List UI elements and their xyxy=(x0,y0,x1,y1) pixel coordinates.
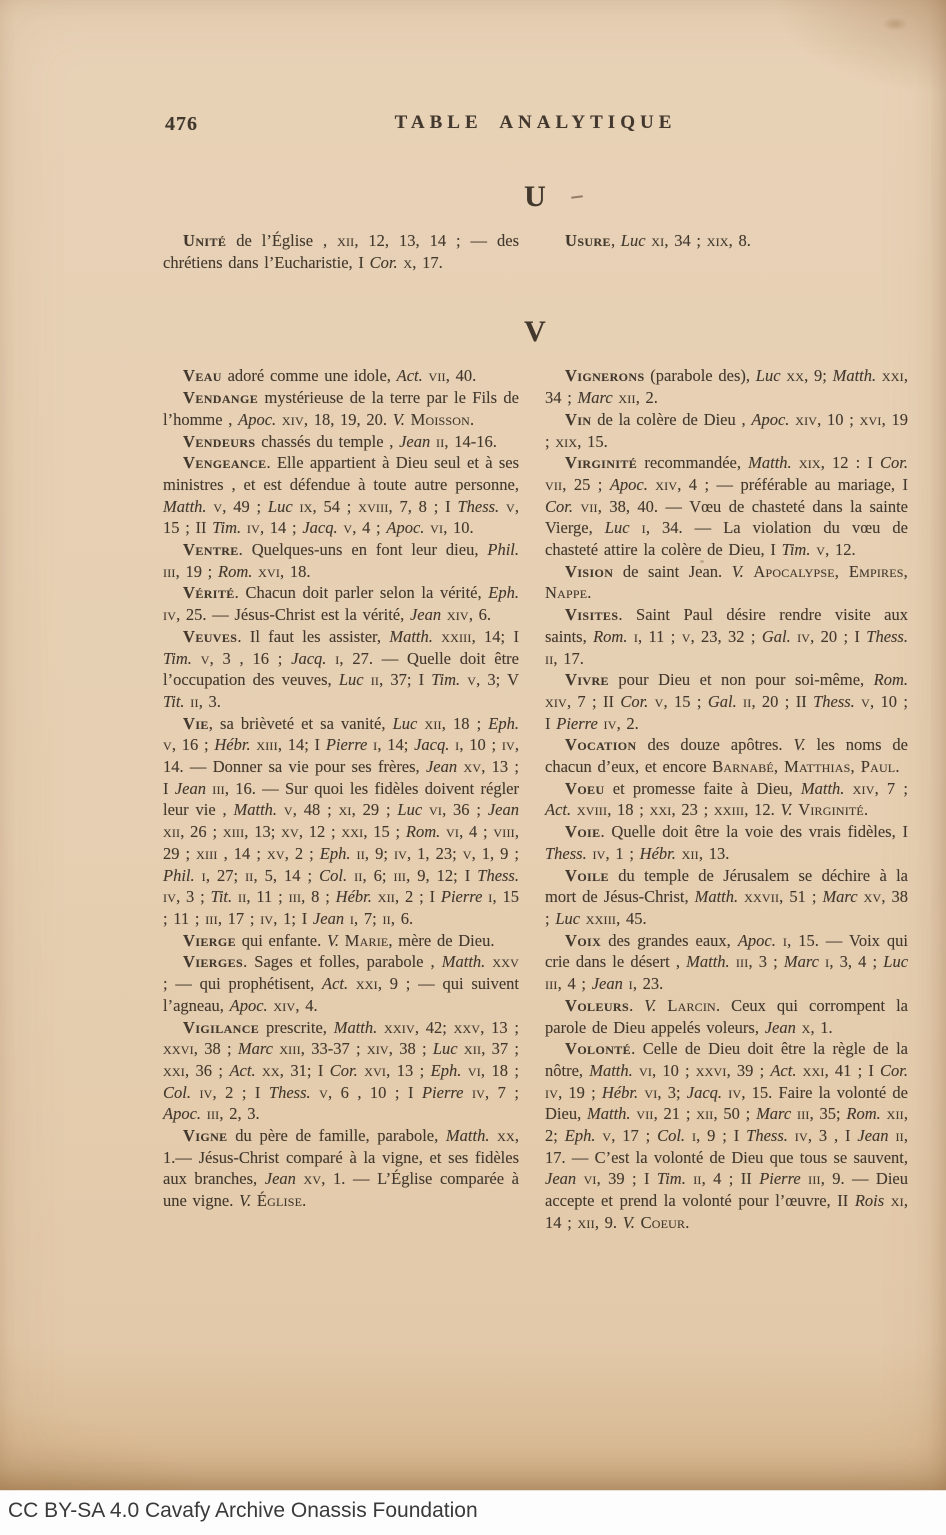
entry-text: , xyxy=(611,231,621,250)
italic-ref: Apoc. xyxy=(238,410,276,429)
entry-text xyxy=(296,1169,304,1188)
entry-text: , 13; xyxy=(244,822,281,841)
smallcaps-text: iv xyxy=(163,605,176,624)
index-entry: Vengeance. Elle appartient à Dieu seul e… xyxy=(163,452,519,539)
italic-ref: Tit. xyxy=(163,692,185,711)
smallcaps-text: xii xyxy=(682,844,699,863)
entry-text xyxy=(364,670,371,689)
entry-text: , 3 ; xyxy=(748,952,783,971)
entry-headword: Vivre xyxy=(565,670,609,689)
italic-ref: Gal. xyxy=(762,627,791,646)
italic-ref: V. xyxy=(793,735,805,754)
smallcaps-text: v xyxy=(655,692,664,711)
index-entry: Voleurs. V. Larcin. Ceux qui corrompent … xyxy=(545,995,908,1038)
italic-ref: Matth. xyxy=(695,887,739,906)
italic-ref: Jacq. xyxy=(414,735,449,754)
index-entry: Voix des grandes eaux, Apoc. i, 15. — Vo… xyxy=(545,930,908,995)
smallcaps-text: ii xyxy=(354,866,362,885)
index-entry: Vierge qui enfante. V. Marie, mère de Di… xyxy=(163,930,519,952)
italic-ref: Thess. xyxy=(813,692,855,711)
smallcaps-text: iii xyxy=(289,887,302,906)
smallcaps-text: xx xyxy=(497,1126,515,1145)
entry-text: , 8 ; xyxy=(301,887,336,906)
smallcaps-text: ii xyxy=(371,670,379,689)
smallcaps-text: xxiii xyxy=(714,800,744,819)
smallcaps-text: xii xyxy=(578,1213,595,1232)
smallcaps-text: ii xyxy=(693,1169,701,1188)
smallcaps-text: xiv xyxy=(273,996,295,1015)
italic-ref: Luc xyxy=(339,670,364,689)
smallcaps-text: xi xyxy=(339,800,352,819)
entry-text: , 1; I xyxy=(273,909,313,928)
italic-ref: Tim. xyxy=(163,649,192,668)
two-column-layout: Unité de l’Église , xii, 12, 13, 14 ; — … xyxy=(163,230,908,273)
index-entry: Vivre pour Dieu et non pour soi-même, Ro… xyxy=(545,669,908,734)
smallcaps-text: vi xyxy=(429,800,442,819)
entry-text: , 3. xyxy=(199,692,221,711)
italic-ref: Col. xyxy=(657,1126,685,1145)
entry-text xyxy=(311,1083,319,1102)
section-letter-U: U xyxy=(163,180,908,214)
entry-text: , 3 , 16 ; xyxy=(210,649,292,668)
smallcaps-text: iv xyxy=(797,627,810,646)
smallcaps-text: iv xyxy=(394,844,407,863)
entry-headword: Vignerons xyxy=(565,366,645,385)
italic-ref: Cor. xyxy=(330,1061,358,1080)
entry-text: , 35; xyxy=(810,1104,847,1123)
section-U: UUnité de l’Église , xii, 12, 13, 14 ; —… xyxy=(163,180,908,273)
entry-text: ; — qui prophétisent, xyxy=(163,974,322,993)
italic-ref: Jean xyxy=(426,757,457,776)
smallcaps-text: xii xyxy=(618,388,635,407)
entry-headword: Vie xyxy=(183,714,209,733)
italic-ref: Eph. xyxy=(565,1126,596,1145)
italic-ref: Jean xyxy=(857,1126,888,1145)
entry-text: . xyxy=(302,1191,306,1210)
italic-ref: Jean xyxy=(545,1169,576,1188)
page-content: 476 TABLE ANALYTIQUE UUnité de l’Église … xyxy=(163,112,908,1234)
license-bar: CC BY-SA 4.0 Cavafy Archive Onassis Foun… xyxy=(0,1490,946,1535)
italic-ref: Tim. xyxy=(657,1169,686,1188)
smallcaps-text: iv xyxy=(247,518,260,537)
smallcaps-text: iii xyxy=(545,974,558,993)
index-entry: Ventre. Quelques-uns en font leur dieu, … xyxy=(163,539,519,582)
italic-ref: Pierre xyxy=(422,1083,464,1102)
smallcaps-text: vi xyxy=(584,1169,597,1188)
entry-headword: Vendeurs xyxy=(183,432,255,451)
entry-text: , 40. xyxy=(446,366,476,385)
italic-ref: Matth. xyxy=(587,1104,631,1123)
entry-text xyxy=(192,649,201,668)
entry-text: , 21 ; xyxy=(654,1104,697,1123)
entry-text: , 14; I xyxy=(472,627,519,646)
smallcaps-text: iv xyxy=(199,1083,212,1102)
entry-text: et promesse faite à Dieu, xyxy=(605,779,801,798)
entry-text: , 7, 8 ; I xyxy=(389,497,458,516)
italic-ref: Rom. xyxy=(846,1104,880,1123)
sections-container: UUnité de l’Église , xii, 12, 13, 14 ; —… xyxy=(163,180,908,1234)
italic-ref: Eph. xyxy=(320,844,351,863)
entry-headword: Vision xyxy=(565,562,613,581)
smallcaps-text: ii xyxy=(190,692,198,711)
smallcaps-text: v xyxy=(682,627,691,646)
smallcaps-text: iv xyxy=(604,714,617,733)
entry-headword: Veuves xyxy=(183,627,237,646)
section-letter-V: V xyxy=(163,315,908,349)
entry-text: adoré comme une idole, xyxy=(222,366,397,385)
smallcaps-text: vi xyxy=(468,1061,481,1080)
italic-ref: V. xyxy=(393,410,405,429)
smallcaps-text: x xyxy=(403,253,412,272)
entry-headword: Vigilance xyxy=(183,1018,259,1037)
smallcaps-text: xix xyxy=(799,453,821,472)
smallcaps-text: Coeur xyxy=(641,1213,686,1232)
italic-ref: Tim. xyxy=(431,670,460,689)
entry-text: de l’Église , xyxy=(226,231,337,250)
smallcaps-text: v xyxy=(201,649,210,668)
italic-ref: Luc xyxy=(756,366,781,385)
smallcaps-text: xix xyxy=(707,231,729,250)
italic-ref: Hébr. xyxy=(336,887,372,906)
italic-ref: Rom. xyxy=(593,627,627,646)
italic-ref: Marc xyxy=(238,1039,273,1058)
entry-text: pour Dieu et non pour soi-même, xyxy=(609,670,874,689)
entry-text: , 9; xyxy=(804,366,833,385)
smallcaps-text: xxv xyxy=(454,1018,481,1037)
smallcaps-text: xxi xyxy=(803,1061,825,1080)
entry-text: , 12 : I xyxy=(821,453,880,472)
entry-text: , 34 ; xyxy=(664,231,706,250)
entry-text: , 1. xyxy=(810,1018,832,1037)
italic-ref: Rom. xyxy=(218,562,252,581)
entry-text: , 2, 3. xyxy=(219,1104,259,1123)
italic-ref: Matth. xyxy=(442,952,486,971)
entry-text: , 10 ; xyxy=(652,1061,696,1080)
entry-headword: Vendange xyxy=(183,388,258,407)
index-entry: Virginité recommandée, Matth. xix, 12 : … xyxy=(545,452,908,561)
entry-text: , 4. xyxy=(295,996,317,1015)
italic-ref: Jean xyxy=(410,605,441,624)
italic-ref: Luc xyxy=(393,714,418,733)
entry-headword: Virginité xyxy=(565,453,637,472)
entry-text: recommandée, xyxy=(637,453,748,472)
smallcaps-text: ii xyxy=(357,844,365,863)
italic-ref: V. xyxy=(732,562,744,581)
smallcaps-text: vi xyxy=(430,518,443,537)
entry-text xyxy=(744,562,754,581)
smallcaps-text: v xyxy=(163,735,172,754)
entry-text: , 23 ; xyxy=(672,800,714,819)
entry-text: , 37 ; xyxy=(481,1039,519,1058)
entry-text: de la colère de Dieu , xyxy=(591,410,751,429)
entry-text: , 3; V xyxy=(476,670,519,689)
entry-text: , 38 ; xyxy=(389,1039,433,1058)
index-entry: Vendange mystérieuse de la terre par le … xyxy=(163,387,519,430)
entry-text: , 17 ; xyxy=(611,1126,657,1145)
entry-text: , 6. xyxy=(391,909,413,928)
entry-text xyxy=(377,1018,384,1037)
entry-text: , 10 ; xyxy=(817,410,860,429)
italic-ref: Eph. xyxy=(431,1061,462,1080)
entry-text: , 13 ; xyxy=(386,1061,431,1080)
index-entry: Voeu et promesse faite à Dieu, Matth. xi… xyxy=(545,778,908,821)
smallcaps-text: xviii xyxy=(358,497,388,516)
entry-text: , 50 ; xyxy=(713,1104,756,1123)
entry-text: , mère de Dieu. xyxy=(388,931,494,950)
entry-text: , 12. xyxy=(825,540,855,559)
entry-text: , 9, 12; I xyxy=(406,866,477,885)
entry-text xyxy=(489,1126,497,1145)
right-column: Vignerons (parabole des), Luc xx, 9; Mat… xyxy=(545,365,908,1233)
italic-ref: Jean xyxy=(175,779,206,798)
entry-text: , 39 ; xyxy=(727,1061,771,1080)
entry-headword: Vin xyxy=(565,410,591,429)
entry-headword: Voleurs xyxy=(565,996,629,1015)
italic-ref: Apoc. xyxy=(751,410,789,429)
entry-text: qui enfante. xyxy=(236,931,327,950)
italic-ref: Apoc. xyxy=(738,931,776,950)
smallcaps-text: xiii xyxy=(256,735,277,754)
entry-text: , 33-37 ; xyxy=(301,1039,367,1058)
smallcaps-text: vi xyxy=(639,1061,652,1080)
left-column: Veau adoré comme une idole, Act. vii, 40… xyxy=(163,365,519,1233)
entry-text: , 1, 23; xyxy=(407,844,463,863)
entry-text: , 10. xyxy=(443,518,473,537)
entry-headword: Ventre xyxy=(183,540,239,559)
smallcaps-text: xiii xyxy=(279,1039,300,1058)
italic-ref: Phil. xyxy=(163,866,195,885)
smallcaps-text: xxv xyxy=(492,952,519,971)
entry-text: , 8. xyxy=(729,231,751,250)
index-entry: Vignerons (parabole des), Luc xx, 9; Mat… xyxy=(545,365,908,408)
smallcaps-text: xviii xyxy=(577,800,607,819)
entry-text xyxy=(844,779,852,798)
entry-text: , 18 ; xyxy=(481,1061,519,1080)
smallcaps-text: v xyxy=(861,692,870,711)
italic-ref: Col. xyxy=(163,1083,191,1102)
entry-text: , 14-16. xyxy=(444,432,496,451)
smallcaps-text: xxiii xyxy=(586,909,616,928)
smallcaps-text: xvi xyxy=(258,562,280,581)
italic-ref: Tim. xyxy=(212,518,241,537)
italic-ref: Phil. xyxy=(487,540,519,559)
entry-text: , 1 ; xyxy=(606,844,640,863)
smallcaps-text: vii xyxy=(636,1104,653,1123)
entry-text xyxy=(195,866,202,885)
italic-ref: Matth. xyxy=(163,497,207,516)
entry-headword: Voix xyxy=(565,931,601,950)
italic-ref: Act. xyxy=(229,1061,255,1080)
smallcaps-text: xiii xyxy=(196,844,217,863)
smallcaps-text: iv xyxy=(163,887,176,906)
italic-ref: Pierre xyxy=(556,714,598,733)
italic-ref: Tim. xyxy=(782,540,811,559)
smallcaps-text: xv xyxy=(463,757,481,776)
smallcaps-text: iv xyxy=(728,1083,741,1102)
italic-ref: V. xyxy=(327,931,339,950)
entry-text: , 13. xyxy=(699,844,729,863)
italic-ref: Matth. xyxy=(234,800,278,819)
entry-text: , 41 ; I xyxy=(825,1061,880,1080)
entry-text: , 18, 19, 20. xyxy=(304,410,393,429)
italic-ref: Cor. xyxy=(620,692,648,711)
entry-text: , 9. xyxy=(595,1213,623,1232)
entry-text: , 23, 32 ; xyxy=(691,627,762,646)
entry-text: , 2 ; I xyxy=(395,887,441,906)
entry-text: , 4 ; xyxy=(558,974,592,993)
entry-text: , 42; xyxy=(415,1018,454,1037)
entry-text: , 12 ; xyxy=(299,822,342,841)
entry-text: , 2. xyxy=(617,714,639,733)
smallcaps-text: xiv xyxy=(795,410,817,429)
italic-ref: Rois xyxy=(855,1191,884,1210)
italic-ref: Marc xyxy=(822,887,857,906)
entry-text: des douze apôtres. xyxy=(637,735,794,754)
italic-ref: Jacq. xyxy=(687,1083,722,1102)
entry-text: , 25. — Jésus-Christ est la vérité, xyxy=(176,605,410,624)
entry-headword: Visites xyxy=(565,605,618,624)
entry-text: , 54 ; xyxy=(313,497,359,516)
index-entry: Vocation des douze apôtres. V. les noms … xyxy=(545,734,908,777)
entry-text: . xyxy=(685,1213,689,1232)
italic-ref: V. xyxy=(239,1191,251,1210)
italic-ref: Cor. xyxy=(545,497,573,516)
smallcaps-text: iii xyxy=(808,1169,821,1188)
entry-text xyxy=(776,931,783,950)
italic-ref: Cor. xyxy=(370,253,398,272)
italic-ref: Apoc. xyxy=(386,518,424,537)
entry-text: , 27; xyxy=(206,866,245,885)
smallcaps-text: xiv xyxy=(853,779,875,798)
entry-text: . Quelques-uns en font leur dieu, xyxy=(239,540,488,559)
smallcaps-text: xii xyxy=(464,1039,481,1058)
smallcaps-text: xxvii xyxy=(744,887,779,906)
italic-ref: V. xyxy=(780,800,792,819)
italic-ref: Cor. xyxy=(880,1061,908,1080)
smallcaps-text: iv xyxy=(502,735,515,754)
entry-headword: Unité xyxy=(183,231,226,250)
smallcaps-text: ii xyxy=(245,866,253,885)
smallcaps-text: iv xyxy=(592,844,605,863)
smallcaps-text: v xyxy=(816,540,825,559)
index-entry: Vin de la colère de Dieu , Apoc. xiv, 10… xyxy=(545,409,908,452)
entry-text xyxy=(422,800,429,819)
smallcaps-text: xv xyxy=(304,1169,322,1188)
smallcaps-text: iii xyxy=(212,779,225,798)
index-entry: Usure, Luc xi, 34 ; xix, 8. xyxy=(545,230,908,252)
entry-text: , 7; xyxy=(354,909,382,928)
italic-ref: Jean xyxy=(488,800,519,819)
entry-text: , 12. xyxy=(744,800,780,819)
smallcaps-text: xii xyxy=(696,1104,713,1123)
left-column: Unité de l’Église , xii, 12, 13, 14 ; — … xyxy=(163,230,519,273)
entry-text: , 13 ; xyxy=(480,1018,519,1037)
italic-ref: Luc xyxy=(397,800,422,819)
entry-text: . xyxy=(629,996,644,1015)
smallcaps-text: xii xyxy=(424,714,441,733)
entry-text: . Il faut les assister, xyxy=(237,627,389,646)
italic-ref: Thess. xyxy=(746,1126,788,1145)
entry-text xyxy=(326,649,335,668)
entry-text: , 11 ; xyxy=(638,627,682,646)
entry-text: , 7 ; xyxy=(875,779,908,798)
entry-text xyxy=(884,1191,891,1210)
entry-text: , 16 ; xyxy=(172,735,215,754)
italic-ref: Marc xyxy=(756,1104,791,1123)
smallcaps-text: ii xyxy=(895,1126,903,1145)
smallcaps-text: iii xyxy=(394,866,407,885)
italic-ref: Matth. xyxy=(748,453,792,472)
entry-text xyxy=(792,453,799,472)
smallcaps-text: iv xyxy=(260,909,273,928)
entry-text: , 19 ; xyxy=(558,1083,602,1102)
smallcaps-text: xxiii xyxy=(441,627,471,646)
entry-text: , 3 ; xyxy=(176,887,211,906)
italic-ref: Eph. xyxy=(488,714,519,733)
entry-text: , 3, 4 ; xyxy=(829,952,883,971)
entry-text: , 4 ; II xyxy=(702,1169,760,1188)
italic-ref: Rom. xyxy=(406,822,440,841)
smallcaps-text: v xyxy=(506,497,515,516)
smallcaps-text: iv xyxy=(795,1126,808,1145)
entry-text: . Chacun doit parler selon la vérité, xyxy=(235,583,489,602)
index-entry: Vie, sa brièveté et sa vanité, Luc xii, … xyxy=(163,713,519,930)
entry-text: , 51 ; xyxy=(779,887,822,906)
smallcaps-text: iii xyxy=(736,952,749,971)
smallcaps-text: iii xyxy=(163,562,176,581)
smallcaps-text: iv xyxy=(472,1083,485,1102)
index-entry: Veuves. Il faut les assister, Matth. xxi… xyxy=(163,626,519,713)
entry-text: , 2 ; I xyxy=(213,1083,269,1102)
smallcaps-text: Larcin xyxy=(667,996,716,1015)
italic-ref: Thess. xyxy=(269,1083,311,1102)
entry-text: (parabole des), xyxy=(645,366,756,385)
italic-ref: Marc xyxy=(578,388,613,407)
smallcaps-text: v xyxy=(467,670,476,689)
entry-text xyxy=(685,1126,692,1145)
italic-ref: Matth. xyxy=(389,627,433,646)
index-entry: Voie. Quelle doit être la voie des vrais… xyxy=(545,821,908,864)
entry-text xyxy=(788,1126,795,1145)
smallcaps-text: ix xyxy=(299,497,312,516)
italic-ref: Matth. xyxy=(833,366,877,385)
smallcaps-text: xiv xyxy=(545,692,567,711)
entry-text: , 15. xyxy=(577,432,607,451)
italic-ref: Matth. xyxy=(589,1061,633,1080)
smallcaps-text: xiii xyxy=(223,822,244,841)
entry-text: , 2 ; xyxy=(285,844,320,863)
entry-text: , 17. xyxy=(412,253,442,272)
italic-ref: Jean xyxy=(313,909,344,928)
smallcaps-text: xv xyxy=(864,887,882,906)
italic-ref: Marc xyxy=(784,952,819,971)
italic-ref: Act. xyxy=(770,1061,796,1080)
italic-ref: Luc xyxy=(621,231,646,250)
entry-headword: Vierges xyxy=(183,952,243,971)
italic-ref: Pierre xyxy=(441,887,483,906)
smallcaps-text: Marie xyxy=(345,931,389,950)
italic-ref: Apoc. xyxy=(610,475,648,494)
entry-text xyxy=(277,800,284,819)
entry-text: , 14 ; xyxy=(260,518,302,537)
smallcaps-text: viii xyxy=(493,822,514,841)
smallcaps-text: xv xyxy=(267,844,285,863)
smallcaps-text: xvi xyxy=(860,410,882,429)
entry-text: . xyxy=(895,757,899,776)
italic-ref: Act. xyxy=(322,974,348,993)
entry-text: du père de famille, parabole, xyxy=(228,1126,446,1145)
italic-ref: Luc xyxy=(883,952,908,971)
